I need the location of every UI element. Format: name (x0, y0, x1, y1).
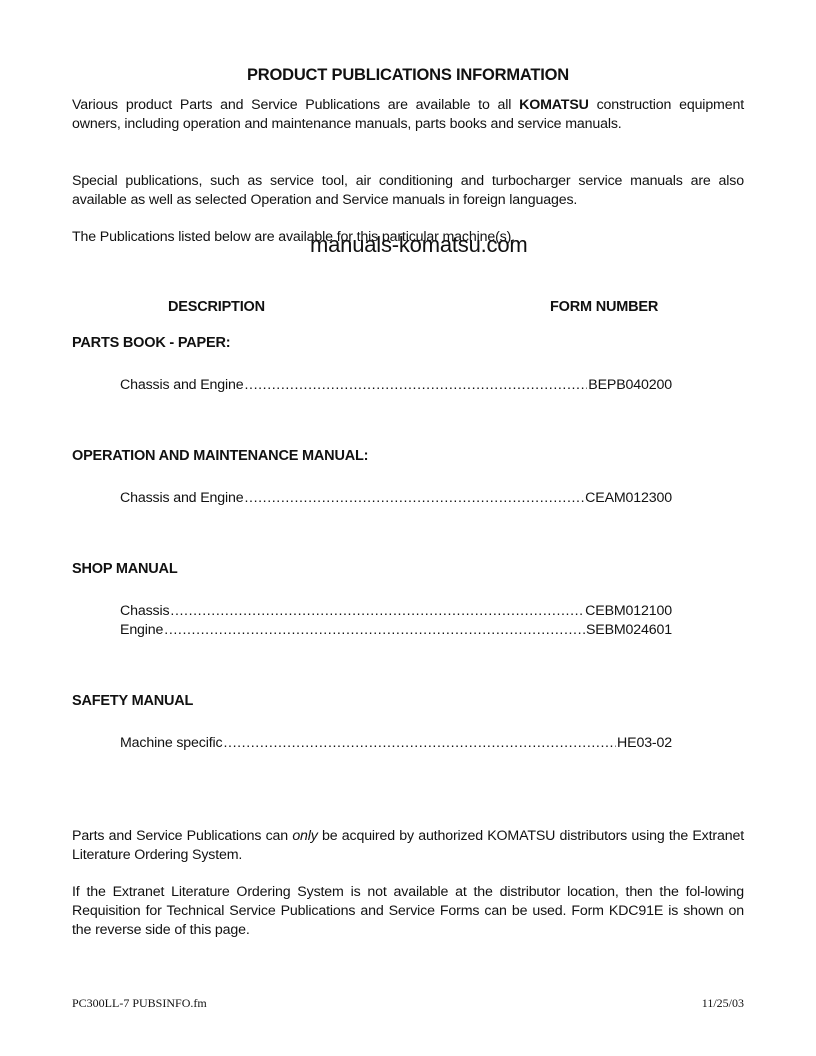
footer-filename: PC300LL-7 PUBSINFO.fm (72, 996, 207, 1011)
column-header-description: DESCRIPTION (168, 299, 265, 315)
watermark: manuals-komatsu.com (310, 232, 528, 258)
closing-paragraph-2: If the Extranet Literature Ordering Syst… (72, 883, 744, 940)
intro-paragraph-1: Various product Parts and Service Public… (72, 96, 744, 134)
publication-entry: Chassis and Engine BEPB040200 (120, 376, 672, 395)
entry-description: Engine (120, 621, 163, 640)
entry-form-number: CEBM012100 (585, 602, 672, 621)
document-page: PRODUCT PUBLICATIONS INFORMATION Various… (0, 0, 816, 1056)
entry-form-number: HE03-02 (617, 734, 672, 753)
publication-entry: Chassis and Engine CEAM012300 (120, 489, 672, 508)
dot-leader (245, 489, 585, 508)
section-heading-parts-book: PARTS BOOK - PAPER: (72, 335, 230, 351)
intro-paragraph-2: Special publications, such as service to… (72, 172, 744, 210)
closing-text: Parts and Service Publications can (72, 828, 292, 844)
section-heading-safety-manual: SAFETY MANUAL (72, 693, 193, 709)
publication-entry: Machine specific HE03-02 (120, 734, 672, 753)
entry-description: Chassis and Engine (120, 376, 244, 395)
publication-entry: Engine SEBM024601 (120, 621, 672, 640)
emphasis-text: only (292, 828, 317, 844)
dot-leader (170, 602, 584, 621)
entry-description: Machine specific (120, 734, 222, 753)
section-heading-shop-manual: SHOP MANUAL (72, 561, 177, 577)
column-header-form-number: FORM NUMBER (550, 299, 658, 315)
section-heading-operation-maintenance: OPERATION AND MAINTENANCE MANUAL: (72, 448, 368, 464)
footer-date: 11/25/03 (702, 996, 744, 1011)
entry-description: Chassis and Engine (120, 489, 244, 508)
dot-leader (223, 734, 616, 753)
entry-form-number: BEPB040200 (588, 376, 672, 395)
page-title: PRODUCT PUBLICATIONS INFORMATION (0, 66, 816, 85)
entry-form-number: CEAM012300 (585, 489, 672, 508)
entry-form-number: SEBM024601 (586, 621, 672, 640)
intro-text: Various product Parts and Service Public… (72, 97, 519, 113)
entry-description: Chassis (120, 602, 169, 621)
closing-paragraph-1: Parts and Service Publications can only … (72, 827, 744, 865)
dot-leader (164, 621, 585, 640)
publication-entry: Chassis CEBM012100 (120, 602, 672, 621)
dot-leader (245, 376, 588, 395)
brand-name: KOMATSU (519, 97, 589, 113)
